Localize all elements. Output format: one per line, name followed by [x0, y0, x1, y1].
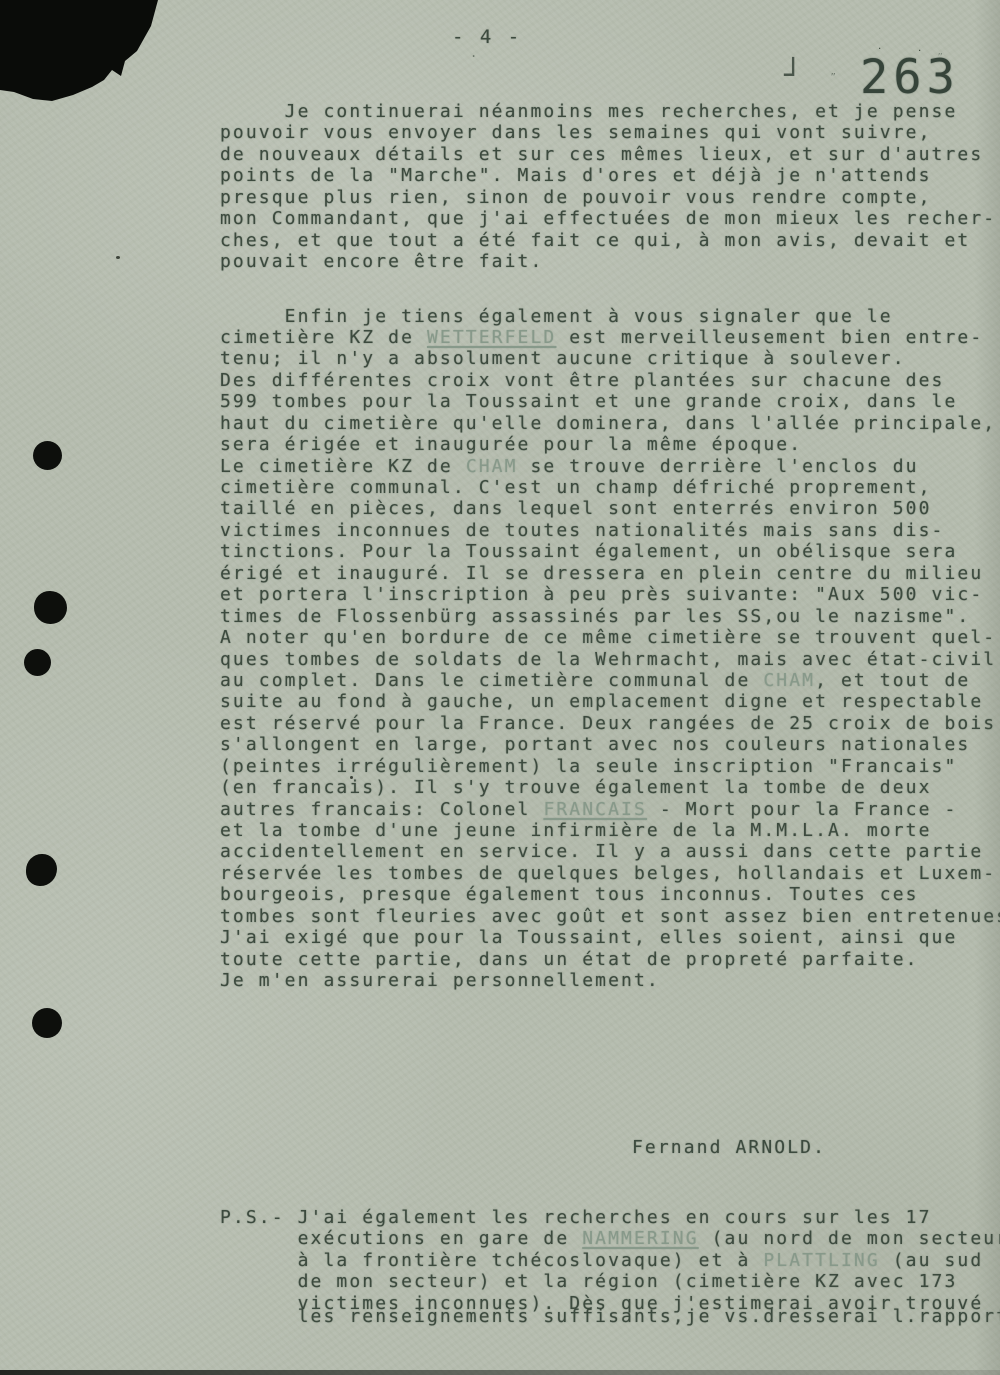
emphasized-word: CHAM: [466, 456, 518, 477]
typed-line: tombes sont fleuries avec goût et sont a…: [220, 906, 1000, 927]
typed-line: tinctions. Pour la Toussaint également, …: [220, 541, 1000, 562]
typed-line: accidentellement en service. Il y a auss…: [220, 841, 1000, 862]
stamp-speck: ˙: [916, 48, 923, 62]
signature: Fernand ARNOLD.: [632, 1137, 1000, 1158]
typed-line: suite au fond à gauche, un emplacement d…: [220, 691, 1000, 712]
typed-line: J'ai exigé que pour la Toussaint, elles …: [220, 927, 1000, 948]
typed-line: de nouveaux détails et sur ces mêmes lie…: [220, 144, 1000, 165]
typed-line: Le cimetière KZ de CHAM se trouve derriè…: [220, 456, 1000, 477]
typed-line: Je continuerai néanmoins mes recherches,…: [220, 101, 1000, 122]
scan-edge-bottom: [0, 1370, 1000, 1375]
typed-line: au complet. Dans le cimetière communal d…: [220, 670, 1000, 691]
typed-line: érigé et inauguré. Il se dressera en ple…: [220, 563, 1000, 584]
punch-hole: [34, 591, 67, 624]
typed-line: mon Commandant, que j'ai effectuées de m…: [220, 208, 1000, 229]
typed-line: tenu; il n'y a absolument aucune critiqu…: [220, 348, 1000, 369]
typed-line: Je m'en assurerai personnellement.: [220, 970, 1000, 991]
typed-line: A noter qu'en bordure de ce même cimetiè…: [220, 627, 1000, 648]
paragraph-1: Je continuerai néanmoins mes recherches,…: [220, 101, 1000, 273]
stamp-tick-marks: ʺ: [831, 70, 837, 83]
typed-line: est réservé pour la France. Deux rangées…: [220, 713, 1000, 734]
emphasized-word: WETTERFELD: [427, 327, 556, 348]
typed-line: pouvoir vous envoyer dans les semaines q…: [220, 122, 1000, 143]
typed-line: à la frontière tchécoslovaque) et à PLAT…: [220, 1250, 1000, 1271]
typed-line: et la tombe d'une jeune infirmière de la…: [220, 820, 1000, 841]
typed-line: victimes inconnues de toutes nationalité…: [220, 520, 1000, 541]
punch-hole: [33, 441, 62, 470]
typed-line: exécutions en gare de NAMMERING (au nord…: [220, 1228, 1000, 1249]
typed-line: pouvait encore être fait.: [220, 251, 1000, 272]
typed-line: s'allongent en large, portant avec nos c…: [220, 734, 1000, 755]
letter-body: Je continuerai néanmoins mes recherches,…: [220, 101, 1000, 1327]
scanned-letter-page: - 4 - . ┘ ʺ 263 ˙ ˙ ʺ Je continuerai néa…: [0, 0, 1000, 1375]
typed-line: réservée les tombes de quelques belges, …: [220, 863, 1000, 884]
punch-hole: [24, 649, 51, 676]
typed-line: P.S.- J'ai également les recherches en c…: [220, 1207, 1000, 1228]
typed-line: ches, et que tout a été fait ce qui, à m…: [220, 230, 1000, 251]
typed-line: points de la "Marche". Mais d'ores et dé…: [220, 165, 1000, 186]
typed-line: taillé en pièces, dans lequel sont enter…: [220, 498, 1000, 519]
typed-line: de mon secteur) et la région (cimetière …: [220, 1271, 1000, 1292]
emphasized-word: NAMMERING: [582, 1228, 698, 1249]
typed-line: sera érigée et inaugurée pour la même ép…: [220, 434, 1000, 455]
typed-line: Des différentes croix vont être plantées…: [220, 370, 1000, 391]
typed-line: autres francais: Colonel FRANCAIS - Mort…: [220, 799, 1000, 820]
typed-line: times de Flossenbürg assassinés par les …: [220, 606, 1000, 627]
stamp-speck: ʺ: [938, 50, 942, 63]
punch-hole: [32, 1008, 62, 1038]
stamp-bracket-mark: ┘: [784, 58, 802, 93]
typed-line: (en francais). Il s'y trouve également l…: [220, 777, 1000, 798]
page-number: - 4 -: [452, 26, 522, 48]
typed-line: presque plus rien, sinon de pouvoir vous…: [220, 187, 1000, 208]
stamp-speck: ˙: [876, 46, 883, 60]
typed-line: haut du cimetière qu'elle dominera, dans…: [220, 413, 1000, 434]
typed-line: 599 tombes pour la Toussaint et une gran…: [220, 391, 1000, 412]
typed-line: Enfin je tiens également à vous signaler…: [220, 306, 1000, 327]
typed-line: cimetière communal. C'est un champ défri…: [220, 477, 1000, 498]
emphasized-word: PLATTLING: [763, 1250, 879, 1271]
paragraph-2: Enfin je tiens également à vous signaler…: [220, 306, 1000, 992]
page-number-speck: .: [470, 46, 477, 60]
typed-line: cimetière KZ de WETTERFELD est merveille…: [220, 327, 1000, 348]
typed-line: ques tombes de soldats de la Wehrmacht, …: [220, 649, 1000, 670]
typed-line: bourgeois, presque également tous inconn…: [220, 884, 1000, 905]
torn-corner-shadow: [0, 0, 175, 108]
emphasized-word: CHAM: [763, 670, 815, 691]
typed-line: (peintes irrégulièrement) la seule inscr…: [220, 756, 1000, 777]
typed-line: et portera l'inscription à peu près suiv…: [220, 584, 1000, 605]
paper-speck: [116, 256, 120, 259]
typed-line: toute cette partie, dans un état de prop…: [220, 949, 1000, 970]
postscript: P.S.- J'ai également les recherches en c…: [220, 1207, 1000, 1327]
punch-hole: [26, 854, 57, 886]
scan-edge-shade: [974, 0, 1000, 1375]
emphasized-word: FRANCAIS: [543, 799, 647, 820]
typed-line: les renseignements suffisants,je vs.dres…: [220, 1306, 1000, 1327]
folio-stamp-number: 263: [860, 50, 960, 105]
